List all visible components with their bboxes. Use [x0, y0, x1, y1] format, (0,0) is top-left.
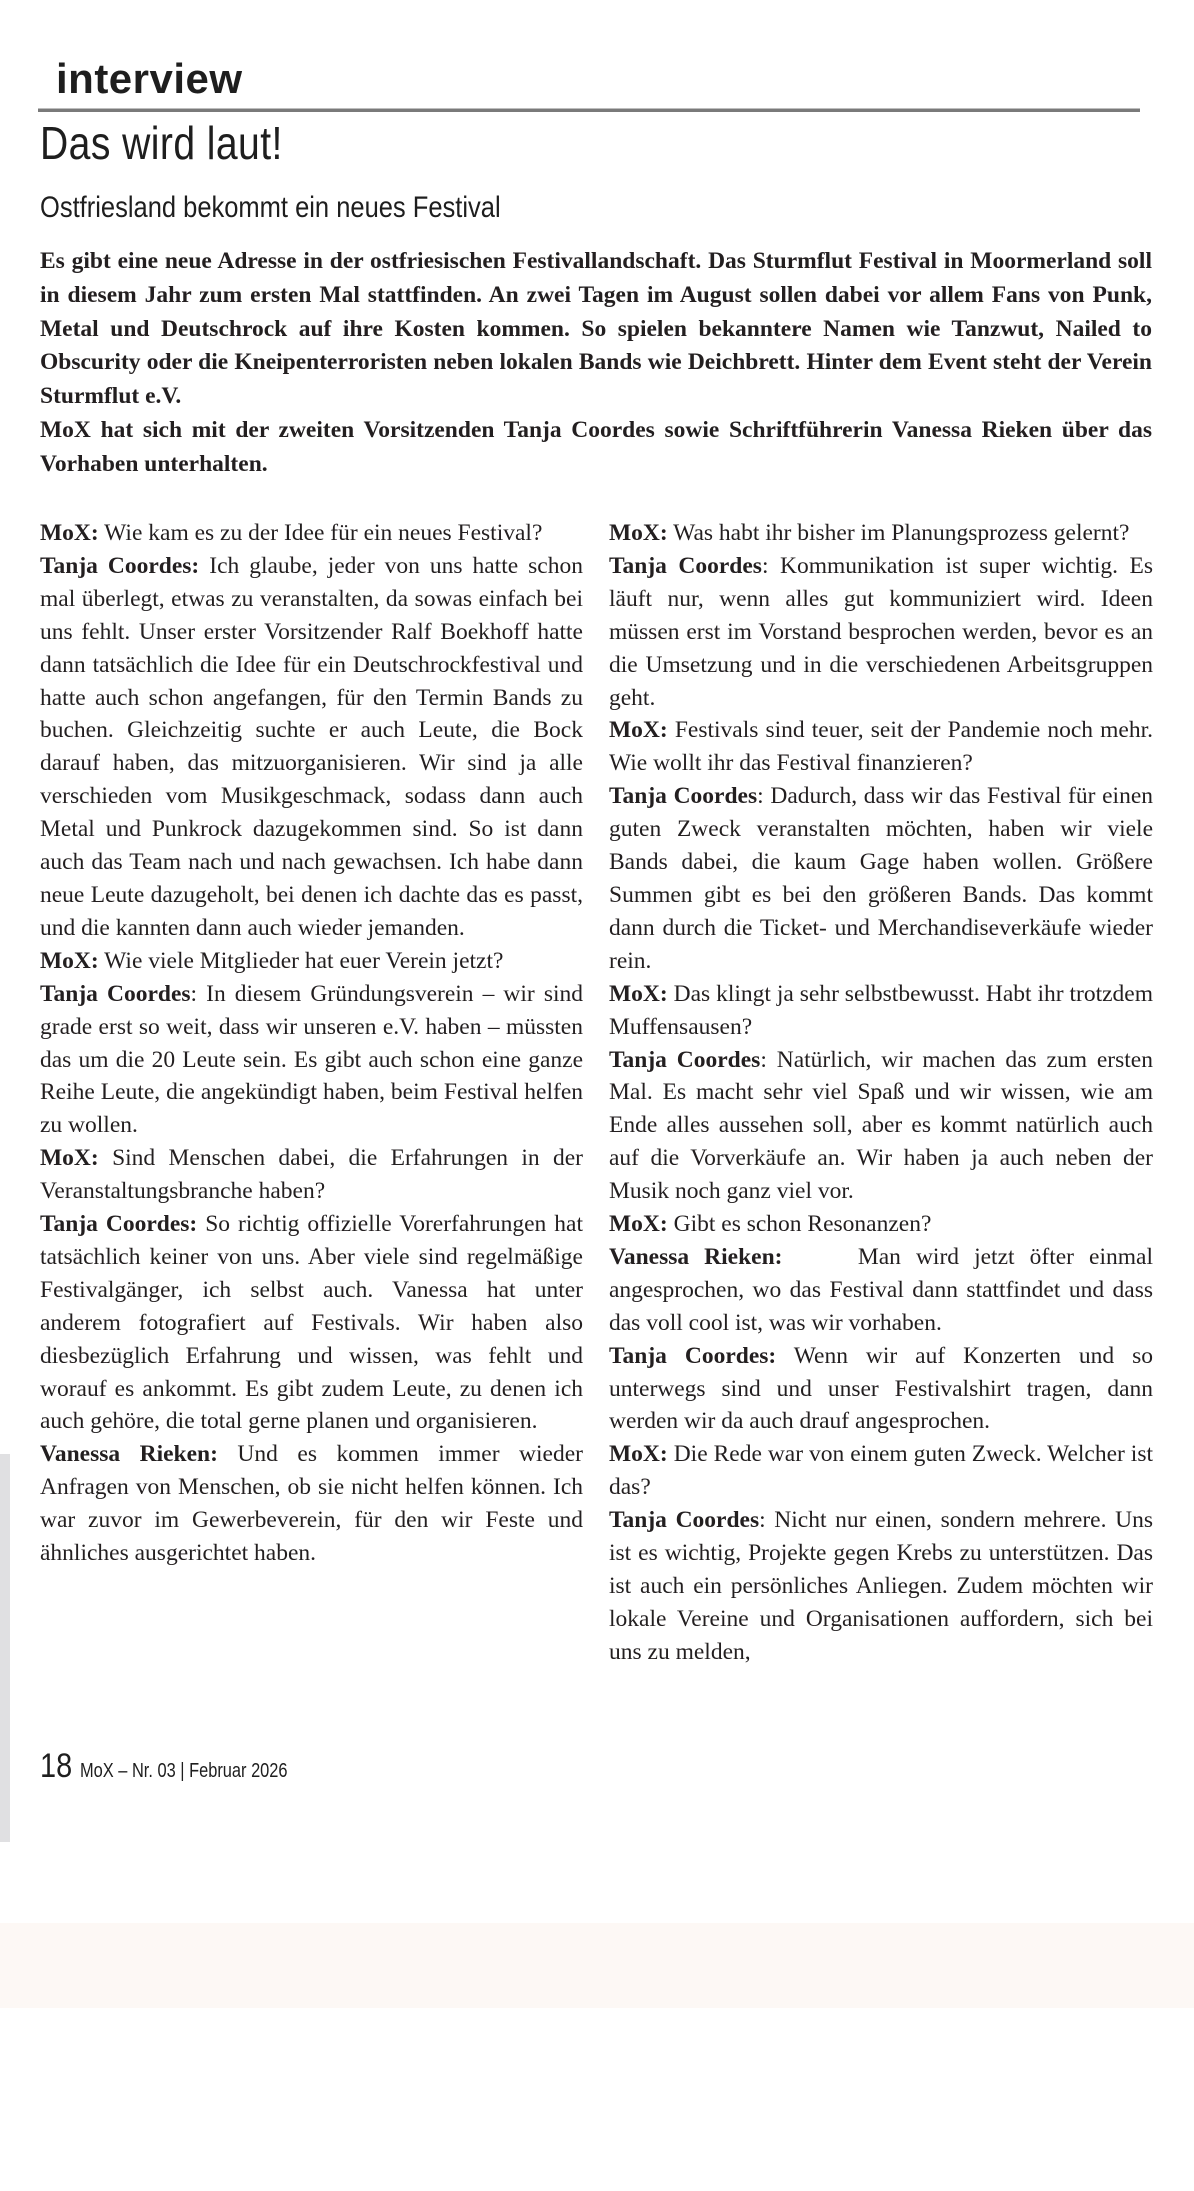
interview-turn: Tanja Coordes: Kommunikation ist super w… — [609, 550, 1153, 715]
interview-turn: MoX: Festivals sind teuer, seit der Pand… — [609, 714, 1153, 780]
page-edge-bar — [0, 1454, 10, 1842]
interview-turn: Tanja Coordes: Natürlich, wir machen das… — [609, 1044, 1153, 1209]
speaker-label: Tanja Coordes — [609, 783, 757, 809]
speaker-label: MoX: — [609, 981, 668, 1007]
interview-turn: Tanja Coordes: In diesem Gründungsverein… — [40, 978, 583, 1143]
interview-turn: Vanessa Rieken: Und es kommen immer wied… — [40, 1438, 583, 1570]
header-rule — [38, 108, 1140, 112]
intro-paragraph: MoX hat sich mit der zweiten Vorsitzende… — [40, 414, 1152, 482]
speaker-label: Tanja Coordes: — [40, 1211, 197, 1237]
speaker-label: Tanja Coordes: — [609, 1343, 776, 1369]
interview-turn: Tanja Coordes: Dadurch, dass wir das Fes… — [609, 780, 1153, 977]
article-title: Das wird laut! — [40, 118, 283, 169]
speaker-label: MoX: — [40, 1145, 99, 1171]
speaker-label: MoX: — [609, 520, 668, 546]
speaker-label: MoX: — [609, 1441, 668, 1467]
interview-turn: MoX: Wie kam es zu der Idee für ein neue… — [40, 517, 583, 550]
interview-turn: MoX: Die Rede war von einem guten Zweck.… — [609, 1438, 1153, 1504]
speaker-label: Tanja Coordes — [40, 981, 191, 1007]
article-intro: Es gibt eine neue Adresse in der ostfrie… — [40, 245, 1152, 482]
interview-turn: Tanja Coordes: Wenn wir auf Konzerten un… — [609, 1340, 1153, 1439]
interview-column-left: MoX: Wie kam es zu der Idee für ein neue… — [40, 517, 583, 1570]
speaker-label: Tanja Coordes — [609, 1047, 760, 1073]
speaker-label: Tanja Coordes: — [40, 553, 199, 579]
turn-text: Festivals sind teuer, seit der Pandemie … — [609, 717, 1153, 776]
turn-text: Das klingt ja sehr selbstbewusst. Habt i… — [609, 981, 1153, 1040]
interview-turn: MoX: Gibt es schon Resonanzen? — [609, 1208, 1153, 1241]
page-number: 18 — [40, 1747, 72, 1786]
turn-text: So richtig offizielle Vorerfahrungen hat… — [40, 1211, 583, 1434]
interview-turn: MoX: Das klingt ja sehr selbstbewusst. H… — [609, 978, 1153, 1044]
speaker-label: MoX: — [40, 520, 99, 546]
interview-turn: Vanessa Rieken: Man wird jetzt öfter ein… — [609, 1241, 1153, 1340]
interview-turn: Tanja Coordes: Nicht nur einen, sondern … — [609, 1504, 1153, 1669]
speaker-label: MoX: — [609, 717, 668, 743]
interview-turn: Tanja Coordes: So richtig offizielle Vor… — [40, 1208, 583, 1438]
turn-text: Ich glaube, jeder von uns hatte schon ma… — [40, 553, 583, 941]
background-band — [0, 1923, 1194, 2008]
turn-text: Wie viele Mitglieder hat euer Verein jet… — [99, 948, 504, 974]
interview-column-right: MoX: Was habt ihr bisher im Planungsproz… — [609, 517, 1153, 1669]
interview-turn: Tanja Coordes: Ich glaube, jeder von uns… — [40, 550, 583, 945]
turn-text: Wie kam es zu der Idee für ein neues Fes… — [99, 520, 543, 546]
interview-turn: MoX: Sind Menschen dabei, die Erfahrunge… — [40, 1142, 583, 1208]
speaker-label: Tanja Coordes — [609, 553, 762, 579]
turn-text: Die Rede war von einem guten Zweck. Welc… — [609, 1441, 1153, 1500]
turn-text: : Dadurch, dass wir das Festival für ein… — [609, 783, 1153, 974]
turn-text: Sind Menschen dabei, die Erfahrungen in … — [40, 1145, 583, 1204]
interview-turn: MoX: Was habt ihr bisher im Planungsproz… — [609, 517, 1153, 550]
speaker-label: Vanessa Rieken: — [40, 1441, 218, 1467]
interview-turn: MoX: Wie viele Mitglieder hat euer Verei… — [40, 945, 583, 978]
issue-info: MoX – Nr. 03 | Februar 2026 — [80, 1760, 288, 1783]
speaker-label: MoX: — [40, 948, 99, 974]
section-label: interview — [56, 58, 243, 100]
page-footer: 18 MoX – Nr. 03 | Februar 2026 — [40, 1747, 333, 1786]
turn-text: Was habt ihr bisher im Planungsprozess g… — [668, 520, 1130, 546]
intro-paragraph: Es gibt eine neue Adresse in der ostfrie… — [40, 245, 1152, 414]
turn-text: Gibt es schon Resonanzen? — [668, 1211, 932, 1237]
speaker-label: Tanja Coordes — [609, 1507, 759, 1533]
article-subtitle: Ostfriesland bekommt ein neues Festival — [40, 191, 501, 224]
speaker-label: MoX: — [609, 1211, 668, 1237]
speaker-label: Vanessa Rieken: — [609, 1244, 783, 1270]
